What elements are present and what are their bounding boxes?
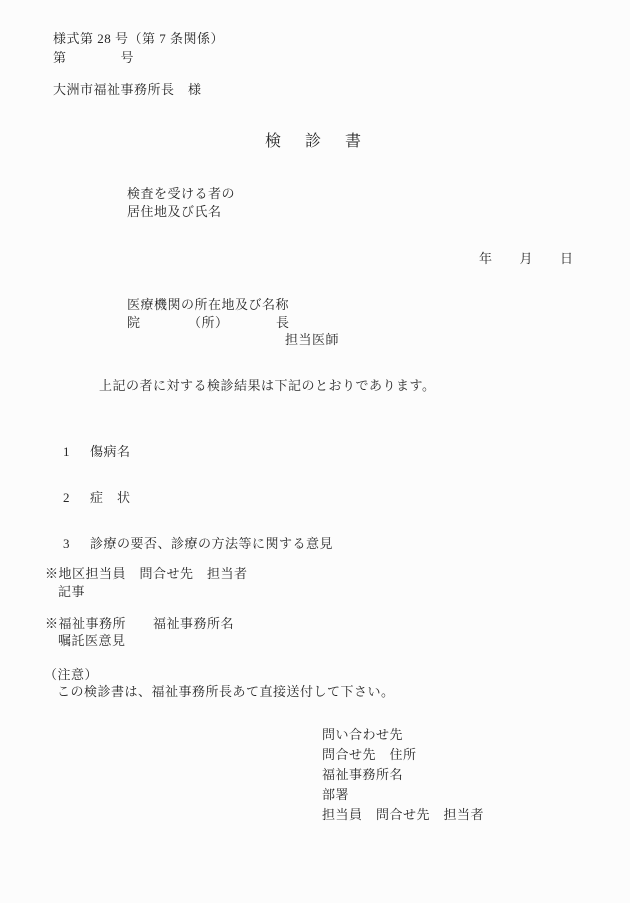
form-number-line: 様式第 28 号（第 7 条関係）: [53, 30, 224, 47]
item-1-label: 傷病名: [90, 444, 131, 459]
item-2-label: 症 状: [90, 490, 131, 505]
notice-body: この検診書は、福祉事務所長あて直接送付して下さい。: [57, 683, 395, 700]
document-title: 検 診 書: [0, 133, 630, 150]
item-1-number: 1: [63, 444, 70, 459]
addressee-line: 大洲市福祉事務所長 様: [53, 81, 202, 98]
consulting-doctor-opinion-label: 嘱託医意見: [58, 632, 126, 649]
contact-staff-line: 担当員 問合せ先 担当者: [322, 806, 484, 823]
item-row-2: 2症 状: [48, 472, 131, 523]
examinee-label-line-1: 検査を受ける者の: [127, 185, 235, 202]
document-page: 様式第 28 号（第 7 条関係） 第 号 大洲市福祉事務所長 様 検 診 書 …: [0, 0, 630, 903]
item-2-number: 2: [63, 490, 70, 505]
item-3-label: 診療の要否、診療の方法等に関する意見: [90, 536, 333, 551]
notice-heading: （注意）: [44, 666, 98, 683]
contact-department-line: 部署: [322, 786, 349, 803]
contact-office-name-line: 福祉事務所名: [322, 766, 403, 783]
institution-address-label: 医療機関の所在地及び名称: [127, 296, 289, 313]
district-notes-label: 記事: [58, 583, 85, 600]
attending-physician-label: 担当医師: [285, 331, 339, 348]
contact-heading: 問い合わせ先: [322, 726, 403, 743]
item-3-number: 3: [63, 536, 70, 551]
welfare-office-heading: ※福祉事務所 福祉事務所名: [45, 615, 234, 632]
document-number-line: 第 号: [53, 49, 134, 66]
institution-director-line: 院 （所） 長: [127, 314, 290, 331]
item-row-1: 1傷病名: [48, 426, 131, 477]
date-line: 年 月 日: [479, 250, 574, 267]
item-row-3: 3診療の要否、診療の方法等に関する意見: [48, 518, 333, 569]
contact-address-line: 問合せ先 住所: [322, 746, 417, 763]
district-staff-heading: ※地区担当員 問合せ先 担当者: [45, 565, 248, 582]
examinee-label-line-2: 居住地及び氏名: [127, 203, 222, 220]
result-statement: 上記の者に対する検診結果は下記のとおりであります。: [99, 377, 435, 394]
